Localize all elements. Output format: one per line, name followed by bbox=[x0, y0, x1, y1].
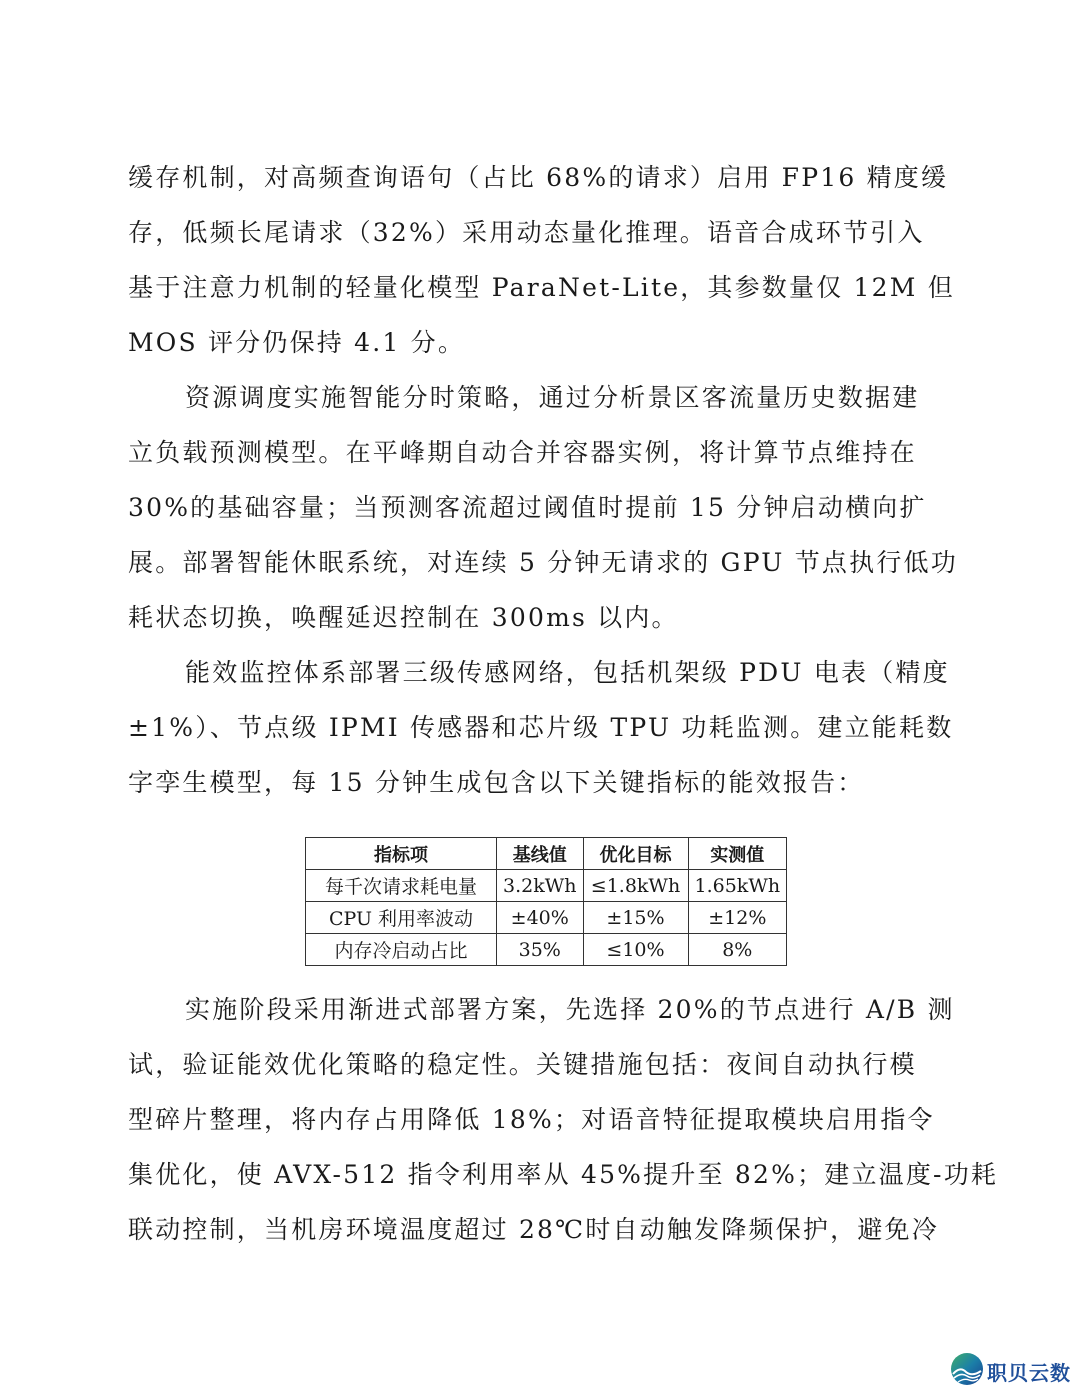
table-cell: 3.2kWh bbox=[497, 870, 584, 902]
table-cell: 内存冷启动占比 bbox=[306, 934, 497, 966]
text-line: 实施阶段采用渐进式部署方案，先选择 20%的节点进行 A/B 测 bbox=[128, 982, 950, 1037]
table-row: 内存冷启动占比 35% ≤10% 8% bbox=[306, 934, 787, 966]
text-line: 立负载预测模型。在平峰期自动合并容器实例，将计算节点维持在 bbox=[128, 425, 950, 480]
text-line: ±1%）、节点级 IPMI 传感器和芯片级 TPU 功耗监测。建立能耗数 bbox=[128, 700, 950, 755]
wave-globe-icon bbox=[950, 1352, 984, 1390]
table-cell: ±15% bbox=[583, 902, 688, 934]
header-cell: 基线值 bbox=[497, 838, 584, 870]
header-cell: 优化目标 bbox=[583, 838, 688, 870]
table-cell: CPU 利用率波动 bbox=[306, 902, 497, 934]
text-line: 存，低频长尾请求（32%）采用动态量化推理。语音合成环节引入 bbox=[128, 205, 950, 260]
table-row: 每千次请求耗电量 3.2kWh ≤1.8kWh 1.65kWh bbox=[306, 870, 787, 902]
table-cell: 每千次请求耗电量 bbox=[306, 870, 497, 902]
table-row: CPU 利用率波动 ±40% ±15% ±12% bbox=[306, 902, 787, 934]
text-line: 能效监控体系部署三级传感网络，包括机架级 PDU 电表（精度 bbox=[128, 645, 950, 700]
paragraph-implementation: 实施阶段采用渐进式部署方案，先选择 20%的节点进行 A/B 测 试，验证能效优… bbox=[128, 982, 950, 1257]
text-line: 基于注意力机制的轻量化模型 ParaNet-Lite，其参数量仅 12M 但 bbox=[128, 260, 950, 315]
text-line: 联动控制，当机房环境温度超过 28℃时自动触发降频保护，避免冷 bbox=[128, 1202, 950, 1257]
text-line: MOS 评分仍保持 4.1 分。 bbox=[128, 315, 950, 370]
table-cell: ±40% bbox=[497, 902, 584, 934]
text-line: 型碎片整理，将内存占用降低 18%；对语音特征提取模块启用指令 bbox=[128, 1092, 950, 1147]
table-cell: ≤1.8kWh bbox=[583, 870, 688, 902]
text-line: 集优化，使 AVX-512 指令利用率从 45%提升至 82%；建立温度-功耗 bbox=[128, 1147, 950, 1202]
text-line: 资源调度实施智能分时策略，通过分析景区客流量历史数据建 bbox=[128, 370, 950, 425]
text-line: 耗状态切换，唤醒延迟控制在 300ms 以内。 bbox=[128, 590, 950, 645]
paragraph-scheduling: 资源调度实施智能分时策略，通过分析景区客流量历史数据建 立负载预测模型。在平峰期… bbox=[128, 370, 950, 645]
table-cell: ≤10% bbox=[583, 934, 688, 966]
table-cell: 1.65kWh bbox=[688, 870, 787, 902]
text-line: 展。部署智能休眠系统，对连续 5 分钟无请求的 GPU 节点执行低功 bbox=[128, 535, 950, 590]
header-cell: 指标项 bbox=[306, 838, 497, 870]
paragraph-cache: 缓存机制，对高频查询语句（占比 68%的请求）启用 FP16 精度缓 存，低频长… bbox=[128, 150, 950, 370]
table-cell: ±12% bbox=[688, 902, 787, 934]
table-cell: 8% bbox=[688, 934, 787, 966]
paragraph-monitoring: 能效监控体系部署三级传感网络，包括机架级 PDU 电表（精度 ±1%）、节点级 … bbox=[128, 645, 950, 810]
text-line: 试，验证能效优化策略的稳定性。关键措施包括：夜间自动执行模 bbox=[128, 1037, 950, 1092]
text-line: 字孪生模型，每 15 分钟生成包含以下关键指标的能效报告： bbox=[128, 755, 950, 810]
header-cell: 实测值 bbox=[688, 838, 787, 870]
document-body: 缓存机制，对高频查询语句（占比 68%的请求）启用 FP16 精度缓 存，低频长… bbox=[128, 150, 950, 810]
brand-name: 职贝云数 bbox=[987, 1357, 1071, 1386]
table-header-row: 指标项 基线值 优化目标 实测值 bbox=[306, 838, 787, 870]
watermark-logo: 职贝云数 bbox=[950, 1352, 1071, 1390]
text-line: 30%的基础容量；当预测客流超过阈值时提前 15 分钟启动横向扩 bbox=[128, 480, 950, 535]
text-line: 缓存机制，对高频查询语句（占比 68%的请求）启用 FP16 精度缓 bbox=[128, 150, 950, 205]
metrics-table: 指标项 基线值 优化目标 实测值 每千次请求耗电量 3.2kWh ≤1.8kWh… bbox=[305, 837, 787, 966]
table-cell: 35% bbox=[497, 934, 584, 966]
